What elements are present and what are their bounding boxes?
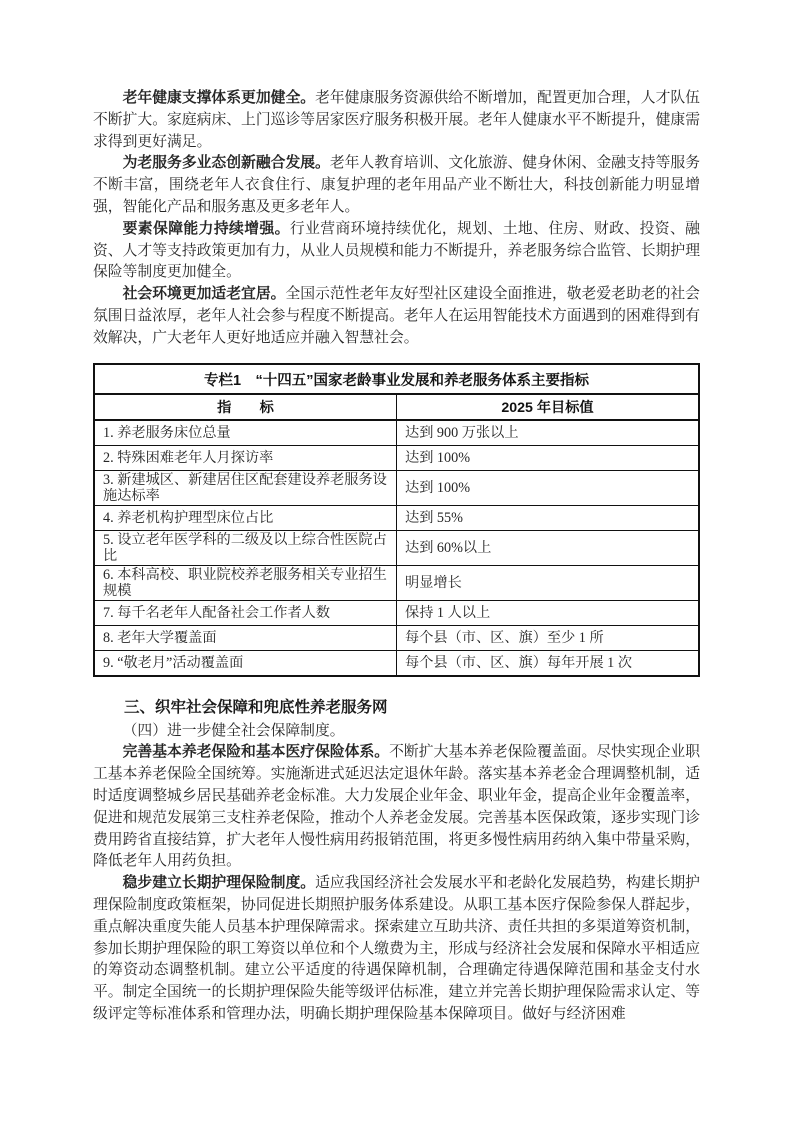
indicator-cell: 9. “敬老月”活动覆盖面: [94, 650, 397, 676]
paragraph-lead: 稳步建立长期护理保险制度。: [123, 875, 315, 891]
table-row: 1. 养老服务床位总量达到 900 万张以上: [94, 420, 699, 446]
indicator-cell: 4. 养老机构护理型床位占比: [94, 505, 397, 530]
indicator-cell: 8. 老年大学覆盖面: [94, 625, 397, 650]
table-row: 3. 新建城区、新建居住区配套建设养老服务设施达标率达到 100%: [94, 470, 699, 505]
sub-section-heading: （四）进一步健全社会保障制度。: [93, 721, 700, 743]
table-header-row: 指 标 2025 年目标值: [94, 394, 699, 420]
paragraph: 稳步建立长期护理保险制度。适应我国经济社会发展水平和老龄化发展趋势，构建长期护理…: [93, 873, 700, 1026]
table-row: 5. 设立老年医学科的二级及以上综合性医院占比达到 60%以上: [94, 530, 699, 565]
target-cell: 每个县（市、区、旗）每年开展 1 次: [397, 650, 700, 676]
table-row: 9. “敬老月”活动覆盖面每个县（市、区、旗）每年开展 1 次: [94, 650, 699, 676]
table-title-row: 专栏1 “十四五”国家老龄事业发展和养老服务体系主要指标: [94, 364, 699, 394]
table-row: 2. 特殊困难老年人月探访率达到 100%: [94, 445, 699, 470]
paragraph-lead: 要素保障能力持续增强。: [123, 221, 290, 237]
paragraph: 社会环境更加适老宜居。全国示范性老年友好型社区建设全面推进，敬老爱老助老的社会氛…: [93, 284, 700, 349]
target-cell: 达到 100%: [397, 445, 700, 470]
target-cell: 保持 1 人以上: [397, 600, 700, 625]
indicator-cell: 7. 每千名老年人配备社会工作者人数: [94, 600, 397, 625]
paragraph: 要素保障能力持续增强。行业营商环境持续优化，规划、土地、住房、财政、投资、融资、…: [93, 219, 700, 284]
indicators-table: 专栏1 “十四五”国家老龄事业发展和养老服务体系主要指标 指 标 2025 年目…: [93, 363, 700, 677]
paragraph: 为老服务多业态创新融合发展。老年人教育培训、文化旅游、健身休闲、金融支持等服务不…: [93, 153, 700, 218]
column-header-target: 2025 年目标值: [397, 394, 700, 420]
indicator-cell: 3. 新建城区、新建居住区配套建设养老服务设施达标率: [94, 470, 397, 505]
table-row: 6. 本科高校、职业院校养老服务相关专业招生规模明显增长: [94, 565, 699, 600]
target-cell: 达到 100%: [397, 470, 700, 505]
paragraph: 完善基本养老保险和基本医疗保险体系。不断扩大基本养老保险覆盖面。尽快实现企业职工…: [93, 742, 700, 873]
table-row: 4. 养老机构护理型床位占比达到 55%: [94, 505, 699, 530]
paragraph-text: 不断扩大基本养老保险覆盖面。尽快实现企业职工基本养老保险全国统筹。实施渐进式延迟…: [93, 744, 700, 869]
paragraph: 老年健康支撑体系更加健全。老年健康服务资源供给不断增加，配置更加合理，人才队伍不…: [93, 88, 700, 153]
page-content: 老年健康支撑体系更加健全。老年健康服务资源供给不断增加，配置更加合理，人才队伍不…: [93, 88, 700, 1026]
target-cell: 明显增长: [397, 565, 700, 600]
target-cell: 每个县（市、区、旗）至少 1 所: [397, 625, 700, 650]
indicator-cell: 2. 特殊困难老年人月探访率: [94, 445, 397, 470]
indicator-cell: 1. 养老服务床位总量: [94, 420, 397, 446]
column-header-indicator: 指 标: [94, 394, 397, 420]
target-cell: 达到 55%: [397, 505, 700, 530]
paragraph-lead: 为老服务多业态创新融合发展。: [123, 155, 330, 171]
intro-paragraphs: 老年健康支撑体系更加健全。老年健康服务资源供给不断增加，配置更加合理，人才队伍不…: [93, 88, 700, 350]
target-cell: 达到 900 万张以上: [397, 420, 700, 446]
table-title: 专栏1 “十四五”国家老龄事业发展和养老服务体系主要指标: [94, 364, 699, 394]
indicator-cell: 5. 设立老年医学科的二级及以上综合性医院占比: [94, 530, 397, 565]
target-cell: 达到 60%以上: [397, 530, 700, 565]
body-paragraphs: 完善基本养老保险和基本医疗保险体系。不断扩大基本养老保险覆盖面。尽快实现企业职工…: [93, 742, 700, 1025]
document-page: { "document": { "pre_paragraphs": [ { "l…: [0, 0, 793, 1122]
paragraph-text: 适应我国经济社会发展水平和老龄化发展趋势，构建长期护理保险制度政策框架，协同促进…: [93, 875, 700, 1022]
paragraph-lead: 社会环境更加适老宜居。: [123, 286, 286, 302]
section-heading: 三、织牢社会保障和兜底性养老服务网: [93, 697, 700, 719]
indicator-cell: 6. 本科高校、职业院校养老服务相关专业招生规模: [94, 565, 397, 600]
table-row: 8. 老年大学覆盖面每个县（市、区、旗）至少 1 所: [94, 625, 699, 650]
paragraph-lead: 完善基本养老保险和基本医疗保险体系。: [123, 744, 390, 760]
paragraph-lead: 老年健康支撑体系更加健全。: [123, 90, 315, 106]
table-row: 7. 每千名老年人配备社会工作者人数保持 1 人以上: [94, 600, 699, 625]
